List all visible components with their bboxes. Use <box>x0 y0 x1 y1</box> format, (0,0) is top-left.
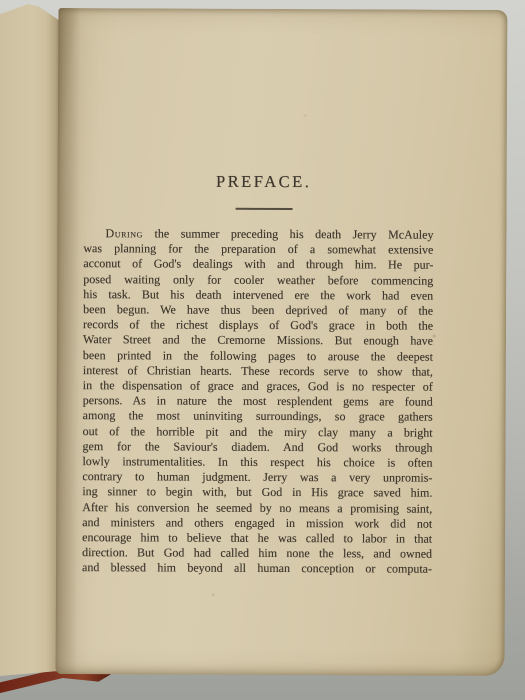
paragraph-line: in the dispensation of grace and graces,… <box>83 378 433 395</box>
paragraph-line: out of the horrible pit and the miry cla… <box>83 424 433 441</box>
paragraph-line: After his conversion he seemed by no mea… <box>82 500 432 517</box>
page-title: PREFACE. <box>89 170 439 193</box>
paragraph-line: ing sinner to begin with, but God in His… <box>82 485 432 502</box>
paragraph-line: been printed in the following pages to a… <box>83 348 433 365</box>
paragraph-line: Water Street and the Cremorne Missions. … <box>83 333 433 350</box>
paragraph-line: been begun. We have thus been deprived o… <box>83 302 433 319</box>
paragraph-line: and blessed him beyond all human concept… <box>82 561 432 578</box>
paragraph-line: records of the richest displays of God's… <box>83 317 433 334</box>
page-text-block: PREFACE. During the summer preceding his… <box>82 170 434 577</box>
paragraph-line: encourage him to believe that he was cal… <box>82 530 432 547</box>
paragraph-line: his task. But his death intervened ere t… <box>83 287 433 304</box>
paragraph-line: among the most uninviting surroundings, … <box>83 409 433 426</box>
book-photo: PREFACE. During the summer preceding his… <box>0 0 525 700</box>
opening-word: During <box>105 226 143 240</box>
paragraph-lines: was planning for the preparation of a so… <box>82 241 433 577</box>
paragraph-line: and ministers and others engaged in miss… <box>82 515 432 532</box>
gutter-shadow <box>56 8 81 674</box>
paragraph-line: acconut of God's dealings with and throu… <box>83 257 433 274</box>
preface-paragraph: During the summer preceding his death Je… <box>82 226 434 577</box>
first-line-rest: the summer preceding his death Jerry McA… <box>143 226 433 241</box>
paragraph-line: interest of Christian hearts. These reco… <box>83 363 433 380</box>
paragraph-line: direction. But God had called him none t… <box>82 545 432 562</box>
paragraph-line: lowly instrumentalities. In this respect… <box>82 454 432 471</box>
left-page <box>0 4 63 676</box>
paragraph-line: gem for the Saviour's diadem. And God wo… <box>83 439 433 456</box>
paragraph-line: contrary to human judgment. Jerry was a … <box>82 469 432 486</box>
title-divider-rule <box>235 208 292 210</box>
preface-page: PREFACE. During the summer preceding his… <box>56 8 508 676</box>
paragraph-line: was planning for the preparation of a so… <box>83 241 433 258</box>
paragraph-first-line: During the summer preceding his death Je… <box>83 226 433 243</box>
paragraph-line: persons. As in nature the most resplende… <box>83 393 433 410</box>
paragraph-line: posed waiting only for cooler weather be… <box>83 272 433 289</box>
